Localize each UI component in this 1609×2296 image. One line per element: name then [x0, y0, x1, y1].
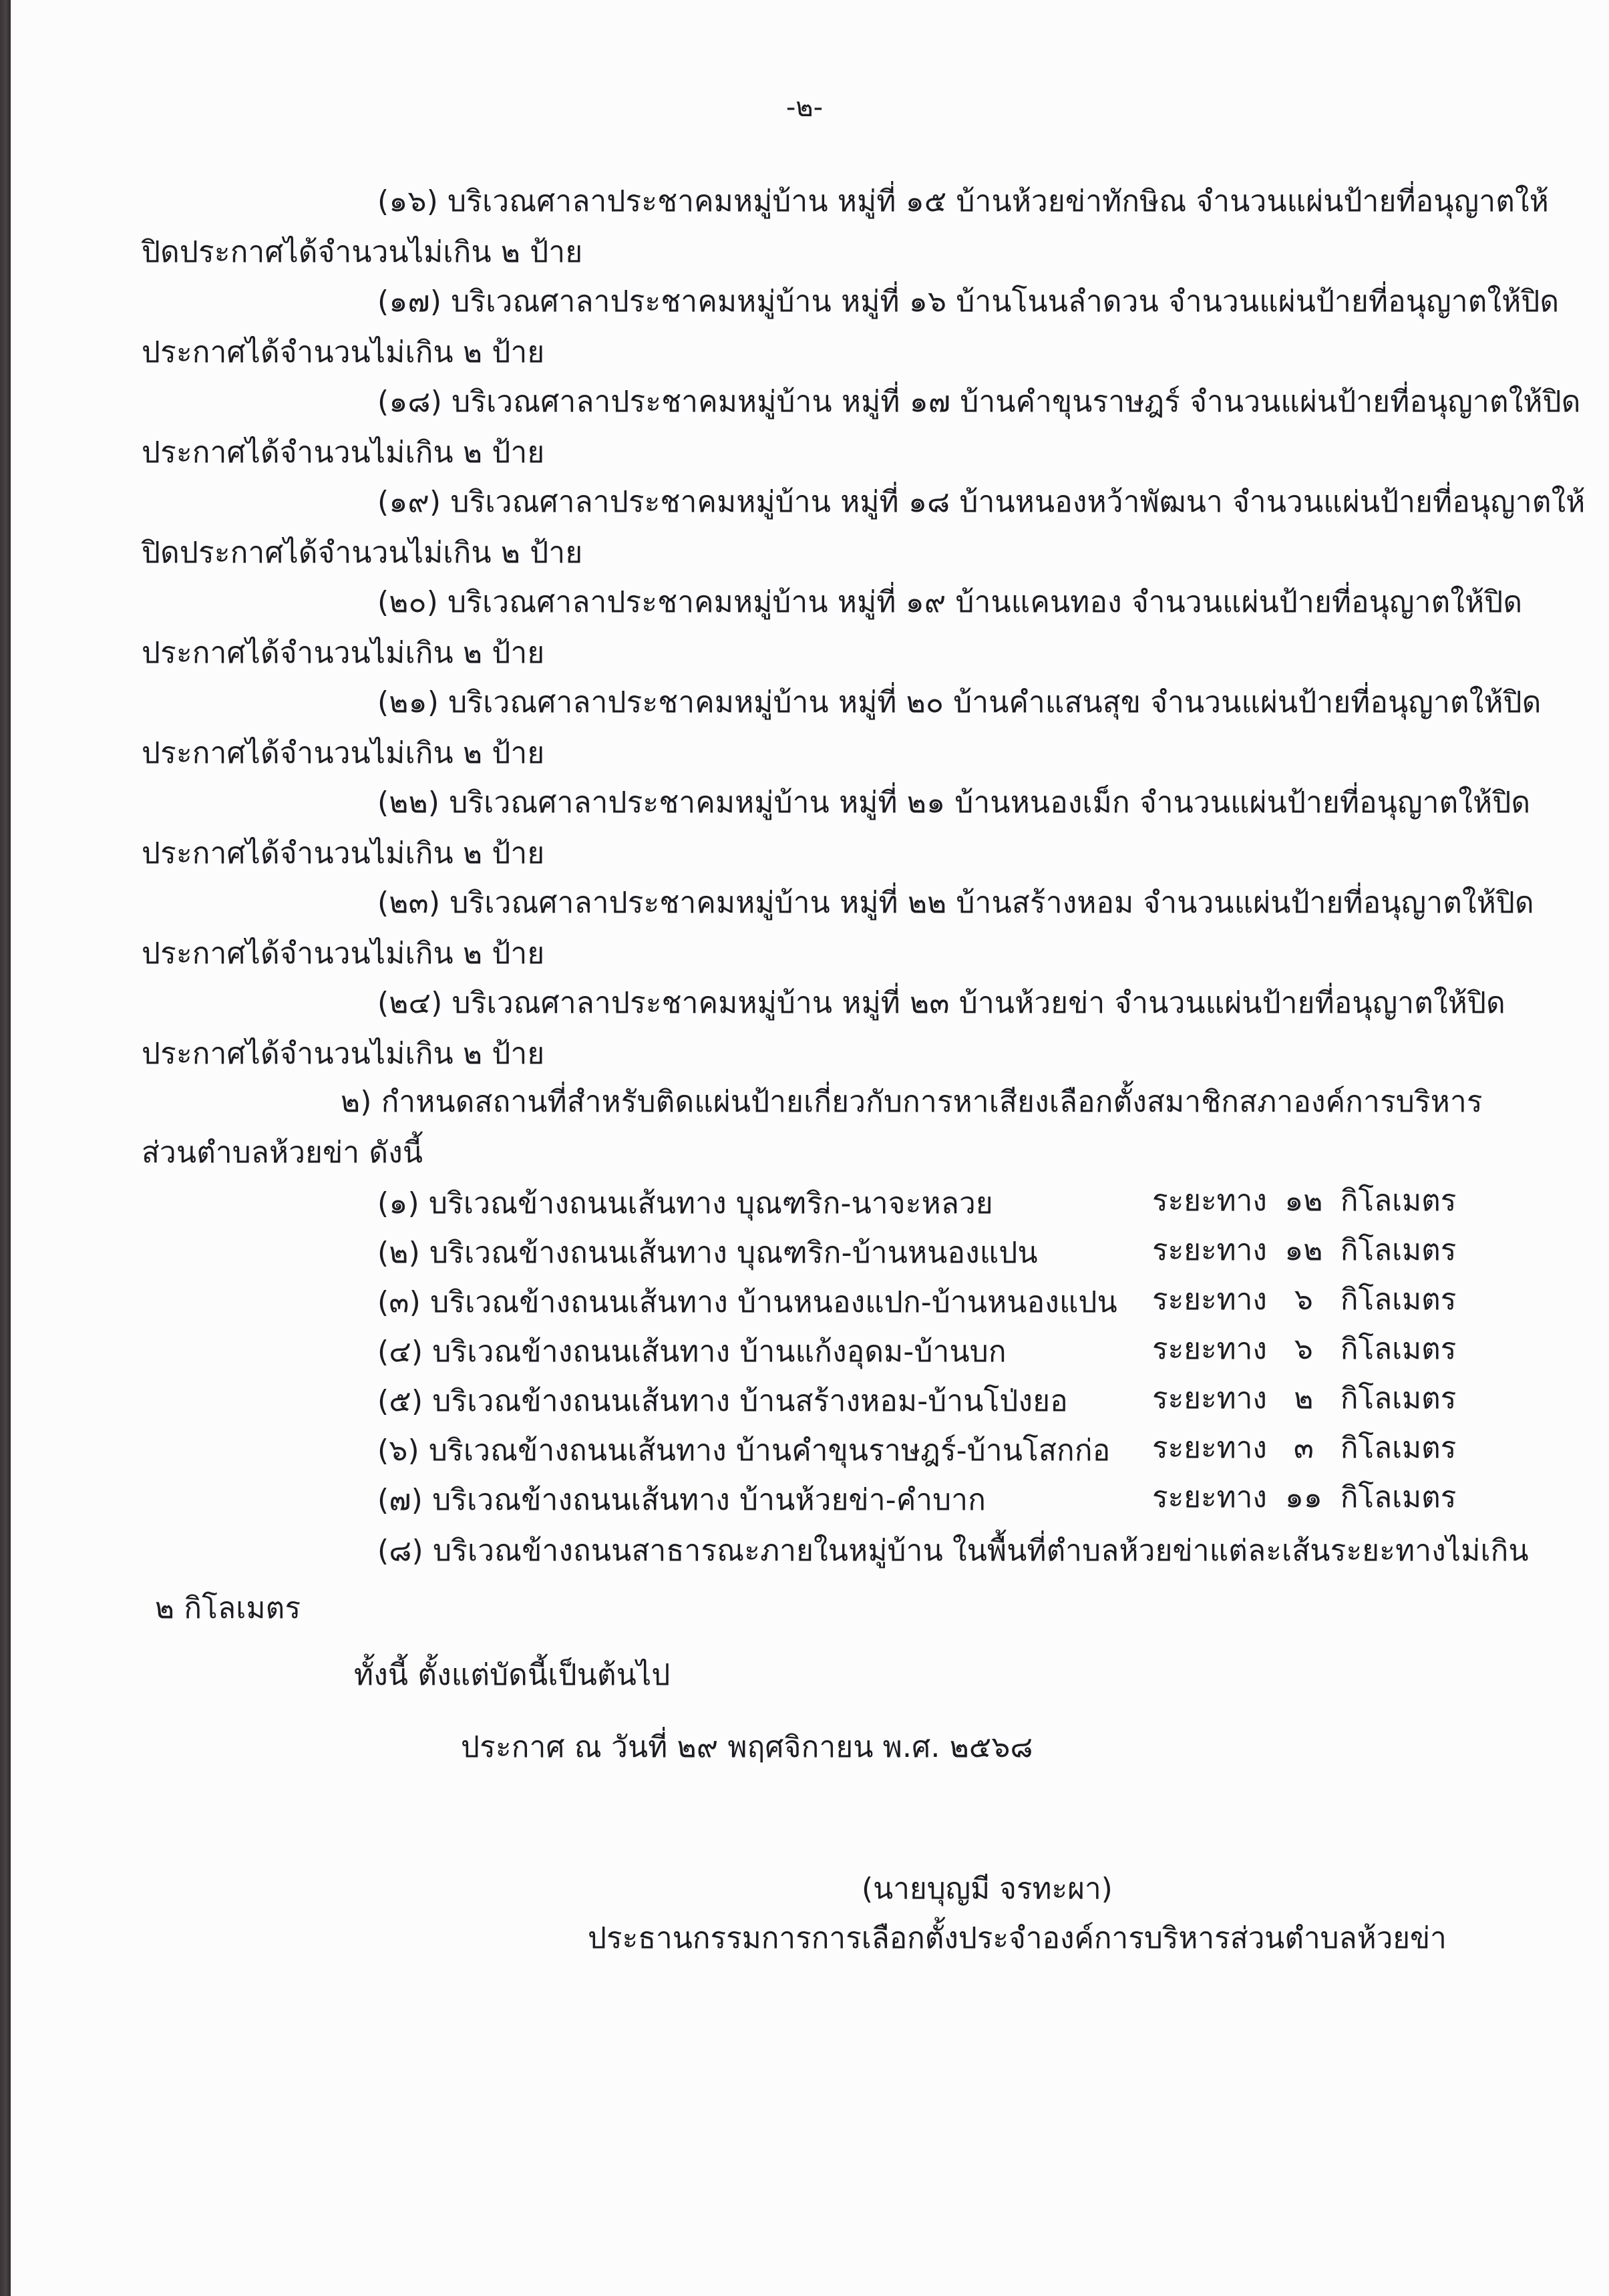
distance-label: ระยะทาง [1152, 1332, 1267, 1366]
road-item-distance: ระยะทาง๑๑กิโลเมตร [1152, 1478, 1456, 1518]
announcement-date: ประกาศ ณ วันที่ ๒๙ พฤศจิกายน พ.ศ. ๒๕๖๘ [461, 1728, 1033, 1768]
village-item-first-line: (๑๖) บริเวณศาลาประชาคมหมู่บ้าน หมู่ที่ ๑… [377, 182, 1549, 222]
road-item-distance: ระยะทาง๓กิโลเมตร [1152, 1428, 1456, 1468]
closing-statement: ทั้งนี้ ตั้งแต่บัดนี้เป็นต้นไป [354, 1655, 671, 1695]
village-item-first-line: (๒๐) บริเวณศาลาประชาคมหมู่บ้าน หมู่ที่ ๑… [377, 583, 1522, 623]
road-item-label: (๕) บริเวณข้างถนนเส้นทาง บ้านสร้างหอม-บ้… [377, 1381, 1068, 1422]
village-item-cont-line: ประกาศได้จำนวนไม่เกิน ๒ ป้าย [142, 934, 544, 974]
village-item-cont-line: ประกาศได้จำนวนไม่เกิน ๒ ป้าย [142, 834, 544, 874]
distance-unit: กิโลเมตร [1340, 1332, 1457, 1366]
village-item-first-line: (๑๘) บริเวณศาลาประชาคมหมู่บ้าน หมู่ที่ ๑… [377, 382, 1581, 422]
village-item-first-line: (๒๒) บริเวณศาลาประชาคมหมู่บ้าน หมู่ที่ ๒… [377, 783, 1530, 823]
distance-value: ๑๒ [1267, 1181, 1340, 1221]
road-item-distance: ระยะทาง๑๒กิโลเมตร [1152, 1231, 1456, 1271]
distance-label: ระยะทาง [1152, 1283, 1267, 1317]
road-item-distance: ระยะทาง๒กิโลเมตร [1152, 1379, 1456, 1419]
distance-unit: กิโลเมตร [1340, 1381, 1457, 1416]
distance-label: ระยะทาง [1152, 1184, 1267, 1218]
distance-label: ระยะทาง [1152, 1480, 1267, 1514]
distance-unit: กิโลเมตร [1340, 1233, 1457, 1267]
village-item-first-line: (๒๔) บริเวณศาลาประชาคมหมู่บ้าน หมู่ที่ ๒… [377, 983, 1505, 1023]
signer-title: ประธานกรรมการการเลือกตั้งประจำองค์การบริ… [0, 1919, 1609, 1959]
distance-unit: กิโลเมตร [1340, 1283, 1457, 1317]
road-item-label: (๑) บริเวณข้างถนนเส้นทาง บุณฑริก-นาจะหลว… [377, 1184, 993, 1224]
distance-unit: กิโลเมตร [1340, 1431, 1457, 1465]
village-item-first-line: (๑๙) บริเวณศาลาประชาคมหมู่บ้าน หมู่ที่ ๑… [377, 482, 1585, 522]
distance-unit: กิโลเมตร [1340, 1184, 1457, 1218]
road-item-distance: ระยะทาง๖กิโลเมตร [1152, 1280, 1456, 1320]
road-item-label: (๔) บริเวณข้างถนนเส้นทาง บ้านแก้งอุดม-บ้… [377, 1332, 1007, 1372]
distance-label: ระยะทาง [1152, 1233, 1267, 1267]
village-item-cont-line: ปิดประกาศได้จำนวนไม่เกิน ๒ ป้าย [142, 232, 582, 273]
village-item-first-line: (๒๑) บริเวณศาลาประชาคมหมู่บ้าน หมู่ที่ ๒… [377, 683, 1542, 723]
village-item-cont-line: ประกาศได้จำนวนไม่เกิน ๒ ป้าย [142, 733, 544, 774]
distance-value: ๑๒ [1267, 1231, 1340, 1271]
distance-value: ๒ [1267, 1379, 1340, 1419]
section2-heading-cont: ส่วนตำบลห้วยข่า ดังนี้ [142, 1133, 423, 1173]
road-item-label: (๗) บริเวณข้างถนนเส้นทาง บ้านห้วยข่า-คำบ… [377, 1480, 986, 1520]
road-item8-cont: ๒ กิโลเมตร [155, 1589, 301, 1629]
village-item-cont-line: ปิดประกาศได้จำนวนไม่เกิน ๒ ป้าย [142, 533, 582, 573]
village-item-cont-line: ประกาศได้จำนวนไม่เกิน ๒ ป้าย [142, 633, 544, 673]
road-item-distance: ระยะทาง๑๒กิโลเมตร [1152, 1181, 1456, 1221]
village-item-cont-line: ประกาศได้จำนวนไม่เกิน ๒ ป้าย [142, 433, 544, 473]
road-item-label: (๓) บริเวณข้างถนนเส้นทาง บ้านหนองแปก-บ้า… [377, 1283, 1117, 1323]
village-item-first-line: (๑๗) บริเวณศาลาประชาคมหมู่บ้าน หมู่ที่ ๑… [377, 282, 1559, 322]
distance-value: ๓ [1267, 1428, 1340, 1468]
signer-name: (นายบุญมี จรทะผา) [0, 1869, 1609, 1909]
road-item-label: (๖) บริเวณข้างถนนเส้นทาง บ้านคำขุนราษฎร์… [377, 1431, 1110, 1471]
village-item-cont-line: ประกาศได้จำนวนไม่เกิน ๒ ป้าย [142, 1034, 544, 1074]
distance-label: ระยะทาง [1152, 1381, 1267, 1416]
distance-value: ๖ [1267, 1329, 1340, 1369]
section2-heading: ๒) กำหนดสถานที่สำหรับติดแผ่นป้ายเกี่ยวกั… [341, 1082, 1483, 1122]
distance-value: ๖ [1267, 1280, 1340, 1320]
page-number: -๒- [0, 86, 1609, 128]
distance-label: ระยะทาง [1152, 1431, 1267, 1465]
road-item8-first: (๘) บริเวณข้างถนนสาธารณะภายในหมู่บ้าน ใน… [377, 1531, 1529, 1571]
road-item-distance: ระยะทาง๖กิโลเมตร [1152, 1329, 1456, 1369]
road-item-label: (๒) บริเวณข้างถนนเส้นทาง บุณฑริก-บ้านหนอ… [377, 1233, 1038, 1273]
distance-value: ๑๑ [1267, 1478, 1340, 1518]
village-item-first-line: (๒๓) บริเวณศาลาประชาคมหมู่บ้าน หมู่ที่ ๒… [377, 883, 1534, 923]
distance-unit: กิโลเมตร [1340, 1480, 1457, 1514]
village-item-cont-line: ประกาศได้จำนวนไม่เกิน ๒ ป้าย [142, 333, 544, 373]
